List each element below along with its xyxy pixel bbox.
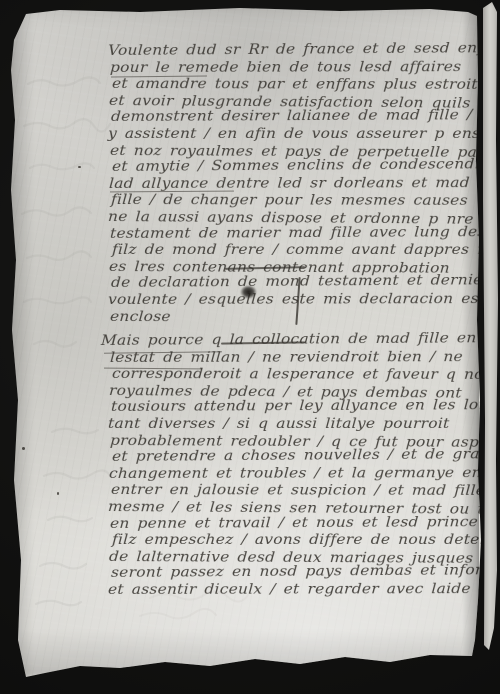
manuscript-line: tant diverses / si q aussi litalye pourr… — [108, 417, 450, 432]
manuscript-line: et pretendre a choses nouvelles / et de … — [112, 447, 500, 465]
manuscript-line: tousiours attendu per ley allyance en le… — [111, 398, 500, 415]
manuscript-line: et assentir diceulx / et regarder avec l… — [108, 582, 499, 598]
manuscript-line: entrer en jalousie et suspicion / et mad… — [111, 483, 486, 499]
manuscript-line: Mais pource q la collocation de mad fill… — [101, 331, 477, 349]
ink-speck — [57, 492, 59, 495]
left-edge-shadow — [8, 0, 34, 694]
manuscript-line: seront passez en nosd pays dembas et inf… — [111, 563, 500, 581]
underlying-page-edge — [482, 0, 499, 660]
manuscript-line: changement et troubles / et la germanye … — [109, 466, 483, 482]
manuscript-paragraph-2: Mais pource q la collocation de mad fill… — [0, 0, 500, 694]
binding-crease-shadow — [462, 0, 479, 694]
ink-speck — [78, 166, 81, 168]
manuscript-line: filz empeschez / avons differe de nous d… — [112, 533, 500, 548]
manuscript-line: corresponderoit a lesperance et faveur q… — [112, 367, 493, 383]
photograph-background: Voulente dud sr Rr de france et de sesd … — [0, 0, 500, 694]
bottom-curl-shadow — [10, 630, 486, 676]
manuscript-line: en penne et travail / et nous et lesd pr… — [110, 515, 500, 532]
manuscript-page: Voulente dud sr Rr de france et de sesd … — [0, 0, 500, 694]
